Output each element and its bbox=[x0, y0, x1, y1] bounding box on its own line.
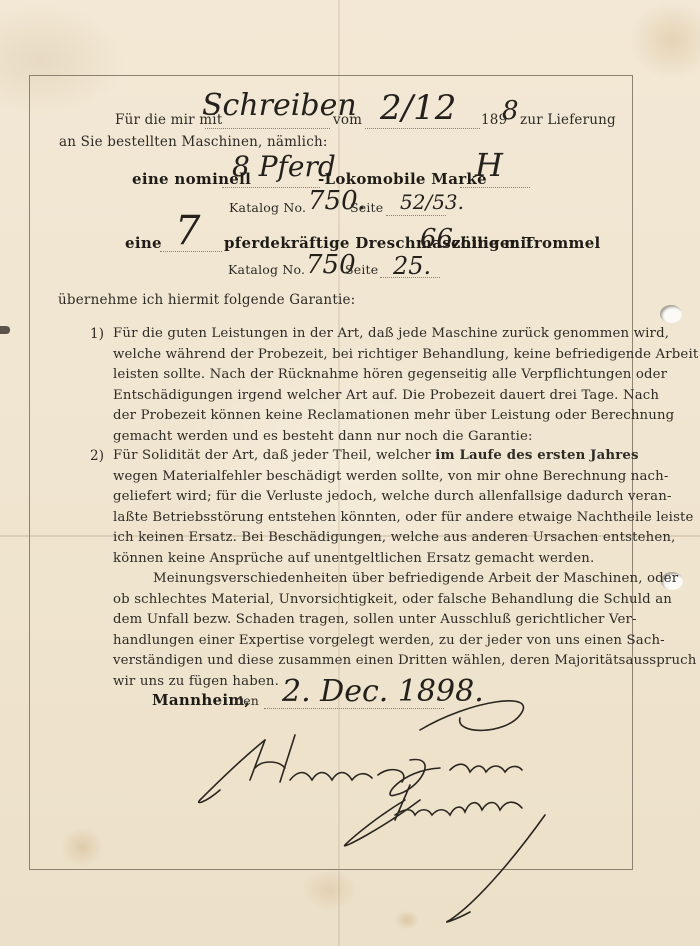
punch-hole-top bbox=[660, 305, 682, 323]
clause2-line: geliefert wird; für die Verluste jedoch,… bbox=[113, 487, 589, 508]
item1-handwritten-page: 52/53. bbox=[400, 190, 464, 214]
item2-handwritten-page: 25. bbox=[393, 252, 431, 280]
item2-page-label: Seite bbox=[345, 262, 378, 277]
clause2-text: Für Solidität der Art, daß jeder Theil, … bbox=[113, 446, 589, 569]
date-field-line bbox=[365, 128, 480, 129]
punch-hole-left bbox=[0, 326, 10, 334]
arbitration-line: dem Unfall bezw. Schaden tragen, sollen … bbox=[113, 610, 589, 631]
item2-suffix: zölliger Trommel bbox=[452, 234, 601, 252]
clause1-line: leisten sollte. Nach der Rücknahme hören… bbox=[113, 365, 589, 386]
clause2-line: ich keinen Ersatz. Bei Beschädigungen, w… bbox=[113, 528, 589, 549]
item1-mark-field-line bbox=[460, 187, 530, 188]
arbitration-line: handlungen einer Expertise vorgelegt wer… bbox=[113, 631, 589, 652]
den-label: den bbox=[235, 693, 259, 708]
clause1-number: 1) bbox=[90, 326, 104, 342]
item2-prefix: eine bbox=[125, 234, 162, 252]
clause2-line: laßte Betriebsstörung entstehen könnten,… bbox=[113, 508, 589, 529]
handwritten-year: 8 bbox=[502, 96, 519, 126]
item2-catalog-label: Katalog No. bbox=[228, 262, 305, 277]
item1-handwritten-mark: H bbox=[475, 146, 503, 184]
handwritten-place-date: 2. Dec. 1898. bbox=[282, 674, 484, 709]
arbitration-line: verständigen und diese zusammen einen Dr… bbox=[113, 651, 589, 672]
intro-suffix: zur Lieferung bbox=[520, 112, 616, 128]
item2-handwritten-inches: 66 bbox=[420, 224, 453, 254]
handwritten-date: 2/12 bbox=[380, 88, 456, 128]
clause2-line: wegen Materialfehler beschädigt werden s… bbox=[113, 467, 589, 488]
clause2-number: 2) bbox=[90, 448, 104, 464]
clause2-emphasis: im Laufe des ersten Jahres bbox=[435, 448, 638, 463]
clause1-line: welche während der Probezeit, bei richti… bbox=[113, 345, 589, 366]
clause2-line: können keine Ansprüche auf unentgeltlich… bbox=[113, 549, 589, 570]
item1-page-field-line bbox=[386, 215, 446, 216]
item1-field-line bbox=[222, 187, 320, 188]
intro-line-2: an Sie bestellten Maschinen, nämlich: bbox=[59, 134, 328, 150]
item1-catalog-label: Katalog No. bbox=[229, 200, 306, 215]
letter-field-line bbox=[205, 128, 330, 129]
item1-page-label: Seite bbox=[350, 200, 383, 215]
clause1-line: Entschädigungen irgend welcher Art auf. … bbox=[113, 386, 589, 407]
item2-handwritten-value: 7 bbox=[175, 208, 200, 254]
clause1-line: der Probezeit können keine Reclamationen… bbox=[113, 406, 589, 427]
clause2-line-1: Für Solidität der Art, daß jeder Theil, … bbox=[113, 446, 589, 467]
guarantee-intro: übernehme ich hiermit folgende Garantie: bbox=[58, 292, 355, 308]
clause1-text: Für die guten Leistungen in der Art, daß… bbox=[113, 324, 589, 447]
clause1-line: gemacht werden und es besteht dann nur n… bbox=[113, 427, 589, 448]
vom-label: vom bbox=[333, 112, 362, 128]
clause1-line: Für die guten Leistungen in der Art, daß… bbox=[113, 324, 589, 345]
arbitration-line: ob schlechtes Material, Unvorsichtigkeit… bbox=[113, 590, 589, 611]
arbitration-line: Meinungsverschiedenheiten über befriedig… bbox=[113, 569, 589, 590]
clause2-line1-prefix: Für Solidität der Art, daß jeder Theil, … bbox=[113, 448, 431, 463]
